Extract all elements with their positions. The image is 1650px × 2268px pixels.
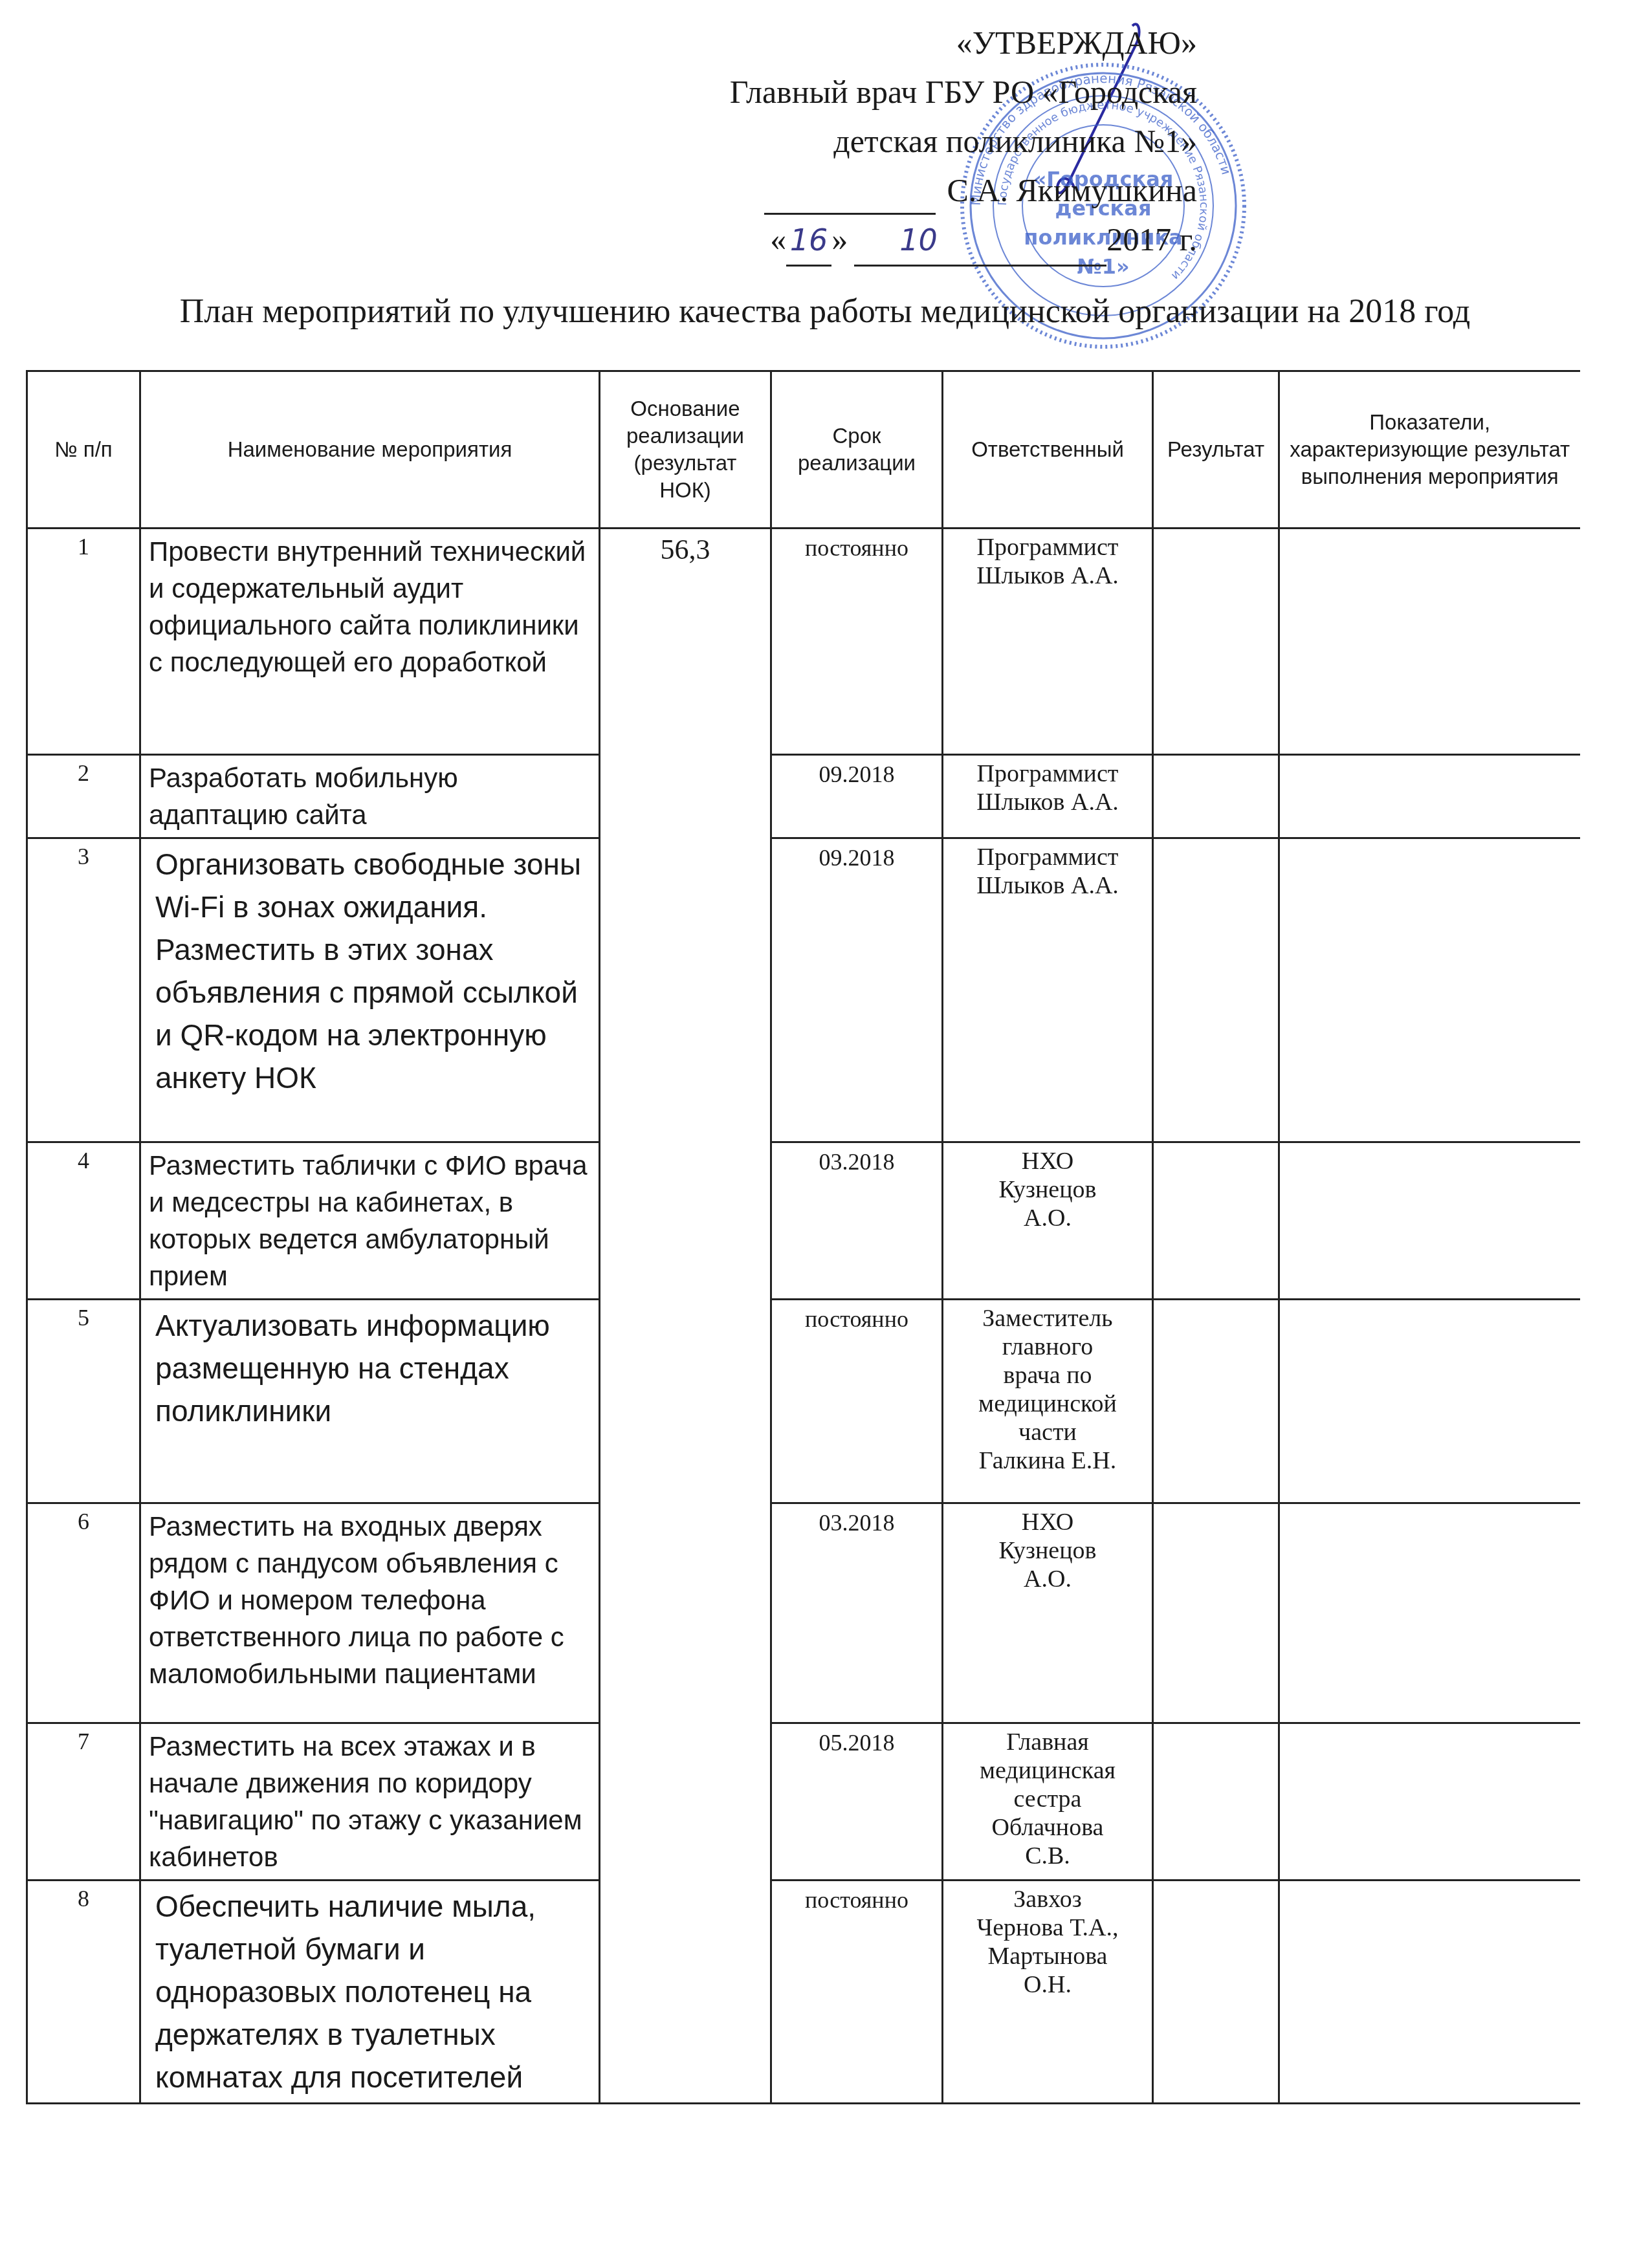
indicators-cell — [1279, 1142, 1580, 1300]
responsible-person: ГлавнаямедицинскаясестраОблачноваС.В. — [943, 1723, 1153, 1881]
responsible-person: ПрограммистШлыков А.А. — [943, 838, 1153, 1142]
indicators-cell — [1279, 838, 1580, 1142]
result-cell — [1153, 1723, 1279, 1881]
responsible-line: врача по — [951, 1361, 1144, 1390]
responsible-line: Шлыков А.А. — [951, 562, 1144, 590]
row-number: 7 — [27, 1723, 140, 1881]
header-num: № п/п — [27, 371, 140, 529]
responsible-person: ЗавхозЧернова Т.А.,МартыноваО.Н. — [943, 1881, 1153, 2104]
activity-name: Разместить таблички с ФИО врача и медсес… — [140, 1142, 600, 1300]
responsible-line: Программист — [951, 533, 1144, 562]
approver-position-line1: Главный врач ГБУ РО «Городская — [550, 67, 1197, 116]
result-cell — [1153, 1881, 1279, 2104]
approval-block: «УТВЕРЖДАЮ» Главный врач ГБУ РО «Городск… — [550, 18, 1197, 267]
row-number: 1 — [27, 529, 140, 755]
header-name: Наименование мероприятия — [140, 371, 600, 529]
row-number: 8 — [27, 1881, 140, 2104]
document-title: План мероприятий по улучшению качества р… — [0, 292, 1650, 331]
term-value: постоянно — [771, 1881, 943, 2104]
responsible-line: Заместитель — [951, 1304, 1144, 1333]
responsible-line: Шлыков А.А. — [951, 788, 1144, 816]
date-month: 10 — [854, 215, 1106, 267]
indicators-cell — [1279, 1300, 1580, 1503]
term-value: 03.2018 — [771, 1503, 943, 1723]
term-value: 09.2018 — [771, 755, 943, 838]
row-number: 2 — [27, 755, 140, 838]
table-row: 8Обеспечить наличие мыла, туалетной бума… — [27, 1881, 1580, 2104]
term-value: 03.2018 — [771, 1142, 943, 1300]
basis-value: 56,3 — [600, 529, 771, 2104]
activity-name: Организовать свободные зоны Wi-Fi в зона… — [140, 838, 600, 1142]
responsible-person: ПрограммистШлыков А.А. — [943, 755, 1153, 838]
responsible-person: НХОКузнецовА.О. — [943, 1503, 1153, 1723]
responsible-person: ПрограммистШлыков А.А. — [943, 529, 1153, 755]
responsible-person: НХОКузнецовА.О. — [943, 1142, 1153, 1300]
table-row: 3Организовать свободные зоны Wi-Fi в зон… — [27, 838, 1580, 1142]
row-number: 6 — [27, 1503, 140, 1723]
activity-name: Обеспечить наличие мыла, туалетной бумаг… — [140, 1881, 600, 2104]
responsible-line: Главная — [951, 1728, 1144, 1756]
term-value: 09.2018 — [771, 838, 943, 1142]
approver-position-line2: детская поликлиника №1» — [550, 116, 1197, 166]
table-row: 4Разместить таблички с ФИО врача и медсе… — [27, 1142, 1580, 1300]
responsible-line: медицинская — [951, 1756, 1144, 1785]
table-header-row: № п/п Наименование мероприятия Основание… — [27, 371, 1580, 529]
result-cell — [1153, 1503, 1279, 1723]
signatory-name: С.А. Якимушкина — [947, 172, 1198, 208]
responsible-line: медицинской — [951, 1390, 1144, 1418]
indicators-cell — [1279, 1503, 1580, 1723]
plan-table: № п/п Наименование мероприятия Основание… — [26, 370, 1580, 2104]
responsible-line: главного — [951, 1333, 1144, 1361]
responsible-line: С.В. — [951, 1842, 1144, 1870]
term-value: постоянно — [771, 529, 943, 755]
responsible-person: Заместительглавноговрача помедицинскойча… — [943, 1300, 1153, 1503]
responsible-line: Мартынова — [951, 1942, 1144, 1970]
responsible-line: Чернова Т.А., — [951, 1914, 1144, 1942]
activity-name: Провести внутренний технический и содерж… — [140, 529, 600, 755]
table-row: 5Актуализовать информацию размещенную на… — [27, 1300, 1580, 1503]
indicators-cell — [1279, 529, 1580, 755]
responsible-line: Шлыков А.А. — [951, 871, 1144, 900]
result-cell — [1153, 755, 1279, 838]
signature-line — [764, 179, 936, 215]
row-number: 4 — [27, 1142, 140, 1300]
table-row: 6Разместить на входных дверях рядом с па… — [27, 1503, 1580, 1723]
approval-heading: «УТВЕРЖДАЮ» — [550, 18, 1197, 67]
activity-name: Разместить на входных дверях рядом с пан… — [140, 1503, 600, 1723]
approval-date: «16»102017 г. — [550, 215, 1197, 267]
responsible-line: А.О. — [951, 1565, 1144, 1593]
responsible-line: Программист — [951, 843, 1144, 871]
responsible-line: Кузнецов — [951, 1175, 1144, 1204]
date-year: 2017 г. — [1106, 221, 1197, 257]
header-term: Срок реализации — [771, 371, 943, 529]
table-row: 2Разработать мобильную адаптацию сайта09… — [27, 755, 1580, 838]
result-cell — [1153, 529, 1279, 755]
header-basis: Основание реализации (результат НОК) — [600, 371, 771, 529]
date-open-quote: « — [770, 221, 786, 257]
table-row: 1Провести внутренний технический и содер… — [27, 529, 1580, 755]
indicators-cell — [1279, 1723, 1580, 1881]
responsible-line: НХО — [951, 1147, 1144, 1175]
row-number: 3 — [27, 838, 140, 1142]
activity-name: Актуализовать информацию размещенную на … — [140, 1300, 600, 1503]
activity-name: Разработать мобильную адаптацию сайта — [140, 755, 600, 838]
table-row: 7Разместить на всех этажах и в начале дв… — [27, 1723, 1580, 1881]
responsible-line: Программист — [951, 759, 1144, 788]
term-value: 05.2018 — [771, 1723, 943, 1881]
result-cell — [1153, 838, 1279, 1142]
activity-name: Разместить на всех этажах и в начале дви… — [140, 1723, 600, 1881]
header-responsible: Ответственный — [943, 371, 1153, 529]
responsible-line: сестра — [951, 1785, 1144, 1813]
term-value: постоянно — [771, 1300, 943, 1503]
date-day: 16 — [786, 215, 831, 267]
responsible-line: А.О. — [951, 1204, 1144, 1232]
responsible-line: О.Н. — [951, 1970, 1144, 1999]
header-result: Результат — [1153, 371, 1279, 529]
responsible-line: части — [951, 1418, 1144, 1446]
date-close-quote: » — [831, 221, 848, 257]
result-cell — [1153, 1142, 1279, 1300]
header-indicators: Показатели, характеризующие результат вы… — [1279, 371, 1580, 529]
responsible-line: Галкина Е.Н. — [951, 1446, 1144, 1475]
responsible-line: НХО — [951, 1508, 1144, 1536]
row-number: 5 — [27, 1300, 140, 1503]
indicators-cell — [1279, 1881, 1580, 2104]
result-cell — [1153, 1300, 1279, 1503]
responsible-line: Завхоз — [951, 1885, 1144, 1914]
responsible-line: Облачнова — [951, 1813, 1144, 1842]
responsible-line: Кузнецов — [951, 1536, 1144, 1565]
indicators-cell — [1279, 755, 1580, 838]
